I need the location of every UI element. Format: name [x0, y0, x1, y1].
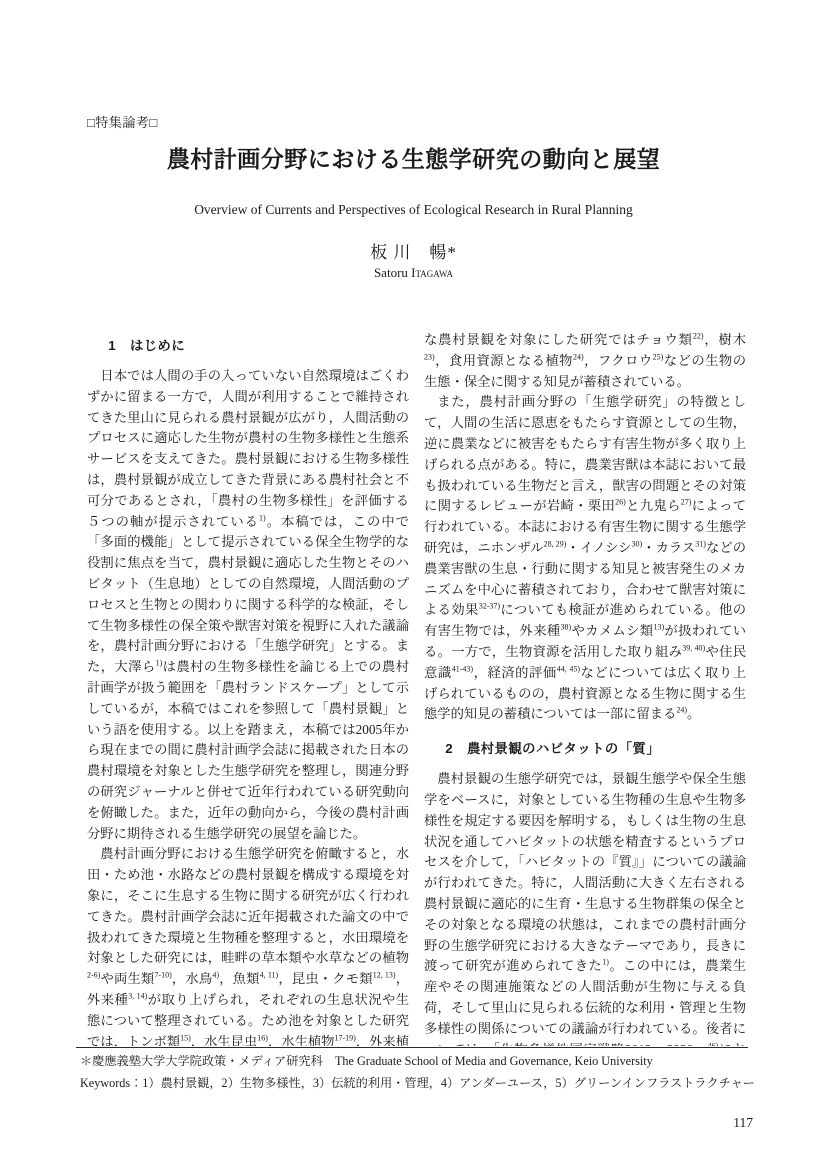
- reference-superscript: 15): [180, 1033, 191, 1042]
- body-paragraph: また，農村計画分野の「生態学研究」の特徴として，人間の生活に恩恵をもたらす資源と…: [424, 392, 746, 725]
- section-heading: 2 農村景観のハビタットの「質」: [424, 738, 746, 757]
- reference-superscript: 28, 29): [544, 540, 567, 549]
- author-given-name: Satoru: [374, 265, 411, 280]
- body-columns: 1 はじめに日本では人間の手の入っていない自然環境はごくわずかに留まる一方で，人…: [87, 330, 746, 1046]
- body-paragraph: な農村景観を対象にした研究ではチョウ類22)，樹木23)，食用資源となる植物24…: [424, 330, 746, 392]
- title-english: Overview of Currents and Perspectives of…: [0, 202, 827, 218]
- reference-superscript: 24): [676, 706, 687, 715]
- reference-superscript: 27): [681, 498, 692, 507]
- reference-superscript: 4): [212, 971, 219, 980]
- body-paragraph: 農村景観の生態学研究では，景観生態学や保全生態学をベースに，対象としている生物種…: [424, 769, 746, 1046]
- footnote-divider: [76, 1047, 748, 1048]
- reference-superscript: 13): [653, 623, 664, 632]
- reference-superscript: 39, 40): [682, 644, 705, 653]
- reference-superscript: 25): [653, 352, 664, 361]
- reference-superscript: 41-43): [452, 664, 473, 673]
- author-family-name: Itagawa: [411, 265, 453, 280]
- reference-superscript: 12, 13): [373, 971, 396, 980]
- reference-superscript: 3, 14): [128, 991, 147, 1000]
- affiliation-note: ＊慶應義塾大学大学院政策・メディア研究科 The Graduate School…: [80, 1052, 752, 1069]
- body-paragraph: 日本では人間の手の入っていない自然環境はごくわずかに留まる一方で，人間が利用する…: [87, 366, 409, 844]
- page-number: 117: [733, 1115, 753, 1131]
- keywords-note: Keywords：1）農村景観，2）生物多様性，3）伝統的利用・管理，4）アンダ…: [80, 1074, 752, 1091]
- body-paragraph: 農村計画分野における生態学研究を俯瞰すると，水田・ため池・水路などの農村景観を構…: [87, 844, 409, 1046]
- reference-superscript: 24): [573, 352, 584, 361]
- reference-superscript: 46): [708, 1041, 719, 1046]
- reference-superscript: 16): [257, 1033, 268, 1042]
- reference-superscript: 30): [631, 540, 642, 549]
- reference-superscript: 26): [615, 498, 626, 507]
- author-name: 板 川 暢*: [0, 238, 827, 263]
- paper-page: □特集論考□ 農村計画分野における生態学研究の動向と展望 Overview of…: [0, 0, 827, 1170]
- reference-superscript: 1): [259, 513, 266, 522]
- reference-superscript: 4, 11): [260, 971, 279, 980]
- page-title: 農村計画分野における生態学研究の動向と展望: [0, 141, 827, 174]
- reference-superscript: 38): [561, 623, 572, 632]
- reference-superscript: 23): [424, 352, 435, 361]
- reference-superscript: 1): [156, 659, 163, 668]
- reference-superscript: 22): [693, 332, 704, 341]
- reference-superscript: 32-37): [479, 602, 500, 611]
- column-left: 1 はじめに日本では人間の手の入っていない自然環境はごくわずかに留まる一方で，人…: [87, 330, 409, 1046]
- reference-superscript: 31): [695, 540, 706, 549]
- reference-superscript: 2-6): [87, 971, 100, 980]
- section-heading: 1 はじめに: [87, 335, 409, 354]
- reference-superscript: 17-19): [334, 1033, 355, 1042]
- author-name-english: Satoru Itagawa: [0, 265, 827, 281]
- column-right: な農村景観を対象にした研究ではチョウ類22)，樹木23)，食用資源となる植物24…: [424, 330, 746, 1046]
- reference-superscript: 7-10): [154, 971, 171, 980]
- reference-superscript: 1): [602, 958, 609, 967]
- reference-superscript: 44, 45): [557, 664, 580, 673]
- special-feature-tag: □特集論考□: [87, 112, 158, 131]
